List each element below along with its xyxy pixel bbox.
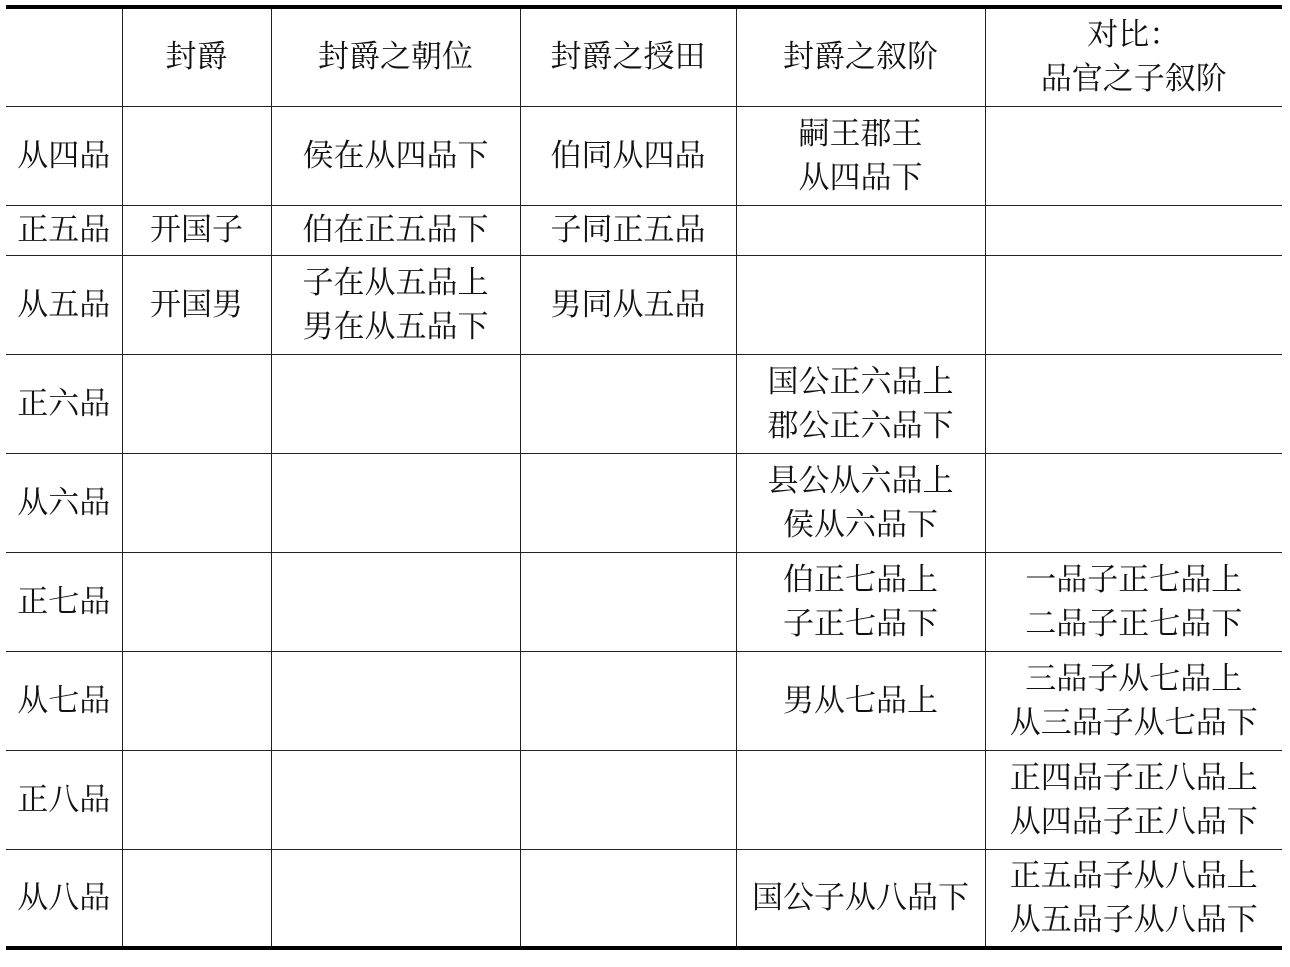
comparison-cell: 一品子正七品上 二品子正七品下 [985, 552, 1282, 651]
title-cell [122, 552, 271, 651]
header-row: 封爵 封爵之朝位 封爵之授田 封爵之叙阶 对比： 品官之子叙阶 [6, 7, 1282, 106]
promotion-cell: 国公正六品上 郡公正六品下 [736, 354, 985, 453]
ranks-table-container: 封爵 封爵之朝位 封爵之授田 封爵之叙阶 对比： 品官之子叙阶 [6, 5, 1282, 950]
promotion-cell: 伯正七品上 子正七品下 [736, 552, 985, 651]
title-cell [122, 106, 271, 205]
rank-cell: 从八品 [6, 849, 122, 948]
header-land-grant: 封爵之授田 [520, 7, 736, 106]
title-cell [122, 849, 271, 948]
header-comparison-label-2: 品官之子叙阶 [986, 57, 1283, 101]
table-row: 从五品 开国男 子在从五品上 男在从五品下 男同从五品 [6, 255, 1282, 354]
land-grant-cell [520, 354, 736, 453]
title-cell [122, 354, 271, 453]
court-position-cell [271, 453, 520, 552]
land-grant-cell: 伯同从四品 [520, 106, 736, 205]
court-position-cell [271, 849, 520, 948]
promotion-cell: 国公子从八品下 [736, 849, 985, 948]
header-title: 封爵 [122, 7, 271, 106]
table-row: 正五品 开国子 伯在正五品下 子同正五品 [6, 205, 1282, 255]
rank-cell: 从四品 [6, 106, 122, 205]
land-grant-cell [520, 552, 736, 651]
rank-cell: 从七品 [6, 651, 122, 750]
header-rank [6, 7, 122, 106]
land-grant-cell [520, 849, 736, 948]
court-position-cell [271, 354, 520, 453]
comparison-cell [985, 106, 1282, 205]
title-cell [122, 750, 271, 849]
title-cell [122, 453, 271, 552]
promotion-cell [736, 205, 985, 255]
comparison-cell: 正四品子正八品上 从四品子正八品下 [985, 750, 1282, 849]
land-grant-cell [520, 453, 736, 552]
comparison-cell [985, 205, 1282, 255]
land-grant-cell [520, 750, 736, 849]
rank-cell: 正七品 [6, 552, 122, 651]
table-row: 从六品 县公从六品上 侯从六品下 [6, 453, 1282, 552]
rank-cell: 从六品 [6, 453, 122, 552]
comparison-cell [985, 453, 1282, 552]
court-position-cell [271, 750, 520, 849]
header-comparison-label-1: 对比： [986, 13, 1283, 57]
promotion-cell: 嗣王郡王 从四品下 [736, 106, 985, 205]
title-cell: 开国子 [122, 205, 271, 255]
court-position-cell: 子在从五品上 男在从五品下 [271, 255, 520, 354]
table-row: 从八品 国公子从八品下 正五品子从八品上 从五品子从八品下 [6, 849, 1282, 948]
header-comparison: 对比： 品官之子叙阶 [985, 7, 1282, 106]
rank-cell: 正六品 [6, 354, 122, 453]
header-court-position-label: 封爵之朝位 [272, 35, 520, 79]
promotion-cell: 县公从六品上 侯从六品下 [736, 453, 985, 552]
court-position-cell [271, 651, 520, 750]
court-position-cell: 伯在正五品下 [271, 205, 520, 255]
header-court-position: 封爵之朝位 [271, 7, 520, 106]
rank-cell: 从五品 [6, 255, 122, 354]
comparison-cell [985, 354, 1282, 453]
rank-cell: 正五品 [6, 205, 122, 255]
comparison-cell: 三品子从七品上 从三品子从七品下 [985, 651, 1282, 750]
title-cell: 开国男 [122, 255, 271, 354]
court-position-cell: 侯在从四品下 [271, 106, 520, 205]
court-position-cell [271, 552, 520, 651]
land-grant-cell: 子同正五品 [520, 205, 736, 255]
promotion-cell [736, 255, 985, 354]
rank-cell: 正八品 [6, 750, 122, 849]
land-grant-cell: 男同从五品 [520, 255, 736, 354]
header-promotion: 封爵之叙阶 [736, 7, 985, 106]
land-grant-cell [520, 651, 736, 750]
promotion-cell [736, 750, 985, 849]
table-row: 从七品 男从七品上 三品子从七品上 从三品子从七品下 [6, 651, 1282, 750]
comparison-cell [985, 255, 1282, 354]
comparison-cell: 正五品子从八品上 从五品子从八品下 [985, 849, 1282, 948]
table-row: 正六品 国公正六品上 郡公正六品下 [6, 354, 1282, 453]
title-cell [122, 651, 271, 750]
table-row: 正七品 伯正七品上 子正七品下 一品子正七品上 二品子正七品下 [6, 552, 1282, 651]
table-row: 从四品 侯在从四品下 伯同从四品 嗣王郡王 从四品下 [6, 106, 1282, 205]
header-land-grant-label: 封爵之授田 [521, 35, 736, 79]
nobility-ranks-table: 封爵 封爵之朝位 封爵之授田 封爵之叙阶 对比： 品官之子叙阶 [6, 5, 1282, 950]
header-title-label: 封爵 [123, 35, 271, 79]
table-row: 正八品 正四品子正八品上 从四品子正八品下 [6, 750, 1282, 849]
promotion-cell: 男从七品上 [736, 651, 985, 750]
header-promotion-label: 封爵之叙阶 [737, 35, 985, 79]
